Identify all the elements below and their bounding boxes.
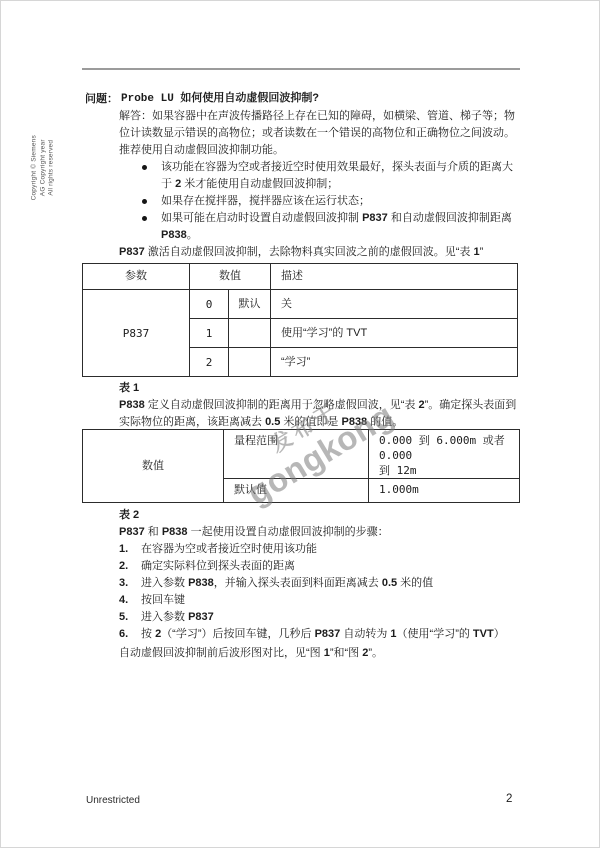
step-number: 3. [119, 575, 141, 592]
copyright-line: AG Copyright year [39, 98, 48, 238]
step-text: 按回车键 [141, 592, 519, 609]
range-value-cell: 0.000 到 6.000m 或者 0.000 到 12m [369, 430, 520, 479]
value-cell: 1 [190, 319, 229, 348]
step-number: 6. [119, 626, 141, 643]
step-text: 确定实际料位到探头表面的距离 [141, 558, 519, 575]
question-title: Probe LU 如何使用自动虚假回波抑制? [121, 91, 519, 108]
step-number: 1. [119, 541, 141, 558]
p837-intro-paragraph: P837 激活自动虚假回波抑制，去除物料真实回波之前的虚假回波。见“表 1” [119, 244, 519, 261]
column-header-value: 数值 [190, 264, 271, 290]
bullet-item: 该功能在容器为空或者接近空时使用效果最好，探头表面与介质的距离大于 2 米才能使… [119, 159, 519, 193]
step-item: 2. 确定实际料位到探头表面的距离 [119, 558, 519, 575]
closing-paragraph: 自动虚假回波抑制前后波形图对比，见“图 1”和“图 2”。 [119, 645, 519, 662]
bullet-list: 该功能在容器为空或者接近空时使用效果最好，探头表面与介质的距离大于 2 米才能使… [82, 159, 519, 244]
table2-caption: 表 2 [119, 507, 519, 524]
description-cell: 使用“学习”的 TVT [271, 319, 518, 348]
step-text: 在容器为空或者接近空时使用该功能 [141, 541, 519, 558]
table-header-row: 参数 数值 描述 [83, 264, 518, 290]
table-row: 数值 量程范围 0.000 到 6.000m 或者 0.000 到 12m [83, 430, 520, 479]
bullet-text: 如果存在搅拌器，搅拌器应该在运行状态； [161, 193, 519, 210]
bullet-icon [142, 199, 147, 204]
page-number: 2 [506, 793, 512, 805]
copyright-line: Copyright © Siemens [30, 98, 39, 238]
header-rule [82, 68, 520, 70]
step-text: 按 2（“学习”）后按回车键，几秒后 P837 自动转为 1（使用“学习”的 T… [141, 626, 519, 643]
step-number: 5. [119, 609, 141, 626]
steps-intro-paragraph: P837 和 P838 一起使用设置自动虚假回波抑制的步骤： [119, 524, 519, 541]
steps-list: 1. 在容器为空或者接近空时使用该功能 2. 确定实际料位到探头表面的距离 3.… [82, 541, 519, 643]
default-flag-cell [229, 319, 271, 348]
p838-intro-paragraph: P838 定义自动虚假回波抑制的距离用于忽略虚假回波，见“表 2”。确定探头表面… [119, 397, 519, 431]
param-cell: P837 [83, 290, 190, 377]
bullet-icon [142, 165, 147, 170]
answer-paragraph: 解答：如果容器中在声波传播路径上存在已知的障碍，如横梁、管道、梯子等；物位计读数… [119, 108, 519, 159]
document-body: 问题： Probe LU 如何使用自动虚假回波抑制? 解答：如果容器中在声波传播… [82, 91, 519, 662]
document-page: Copyright © Siemens AG Copyright year Al… [0, 0, 600, 848]
question-row: 问题： Probe LU 如何使用自动虚假回波抑制? [82, 91, 519, 108]
parameter-table-1: 参数 数值 描述 P837 0 默认 关 1 使用“学习”的 TVT 2 [82, 263, 518, 377]
column-header-desc: 描述 [271, 264, 518, 290]
copyright-sidebar: Copyright © Siemens AG Copyright year Al… [30, 98, 56, 238]
step-text: 进入参数 P837 [141, 609, 519, 626]
step-number: 4. [119, 592, 141, 609]
default-flag-cell: 默认 [229, 290, 271, 319]
copyright-line: All rights reserved [47, 98, 56, 238]
column-header-param: 参数 [83, 264, 190, 290]
default-label-cell: 默认值 [224, 479, 369, 503]
description-cell: “学习” [271, 348, 518, 377]
table1-caption: 表 1 [119, 380, 519, 397]
default-value-cell: 1.000m [369, 479, 520, 503]
bullet-icon [142, 216, 147, 221]
bullet-item: 如果可能在启动时设置自动虚假回波抑制 P837 和自动虚假回波抑制距离 P838… [119, 210, 519, 244]
description-cell: 关 [271, 290, 518, 319]
value-cell: 2 [190, 348, 229, 377]
value-cell: 0 [190, 290, 229, 319]
range-label-cell: 量程范围 [224, 430, 369, 479]
step-item: 4. 按回车键 [119, 592, 519, 609]
step-item: 6. 按 2（“学习”）后按回车键，几秒后 P837 自动转为 1（使用“学习”… [119, 626, 519, 643]
step-number: 2. [119, 558, 141, 575]
parameter-table-2: 数值 量程范围 0.000 到 6.000m 或者 0.000 到 12m 默认… [82, 429, 520, 503]
step-item: 3. 进入参数 P838，并输入探头表面到料面距离减去 0.5 米的值 [119, 575, 519, 592]
bullet-text: 该功能在容器为空或者接近空时使用效果最好，探头表面与介质的距离大于 2 米才能使… [161, 159, 519, 193]
param-cell: 数值 [83, 430, 224, 503]
step-item: 5. 进入参数 P837 [119, 609, 519, 626]
table-row: P837 0 默认 关 [83, 290, 518, 319]
step-item: 1. 在容器为空或者接近空时使用该功能 [119, 541, 519, 558]
step-text: 进入参数 P838，并输入探头表面到料面距离减去 0.5 米的值 [141, 575, 519, 592]
bullet-text: 如果可能在启动时设置自动虚假回波抑制 P837 和自动虚假回波抑制距离 P838… [161, 210, 519, 244]
default-flag-cell [229, 348, 271, 377]
question-label: 问题： [82, 91, 121, 108]
classification-label: Unrestricted [86, 795, 140, 806]
bullet-item: 如果存在搅拌器，搅拌器应该在运行状态； [119, 193, 519, 210]
